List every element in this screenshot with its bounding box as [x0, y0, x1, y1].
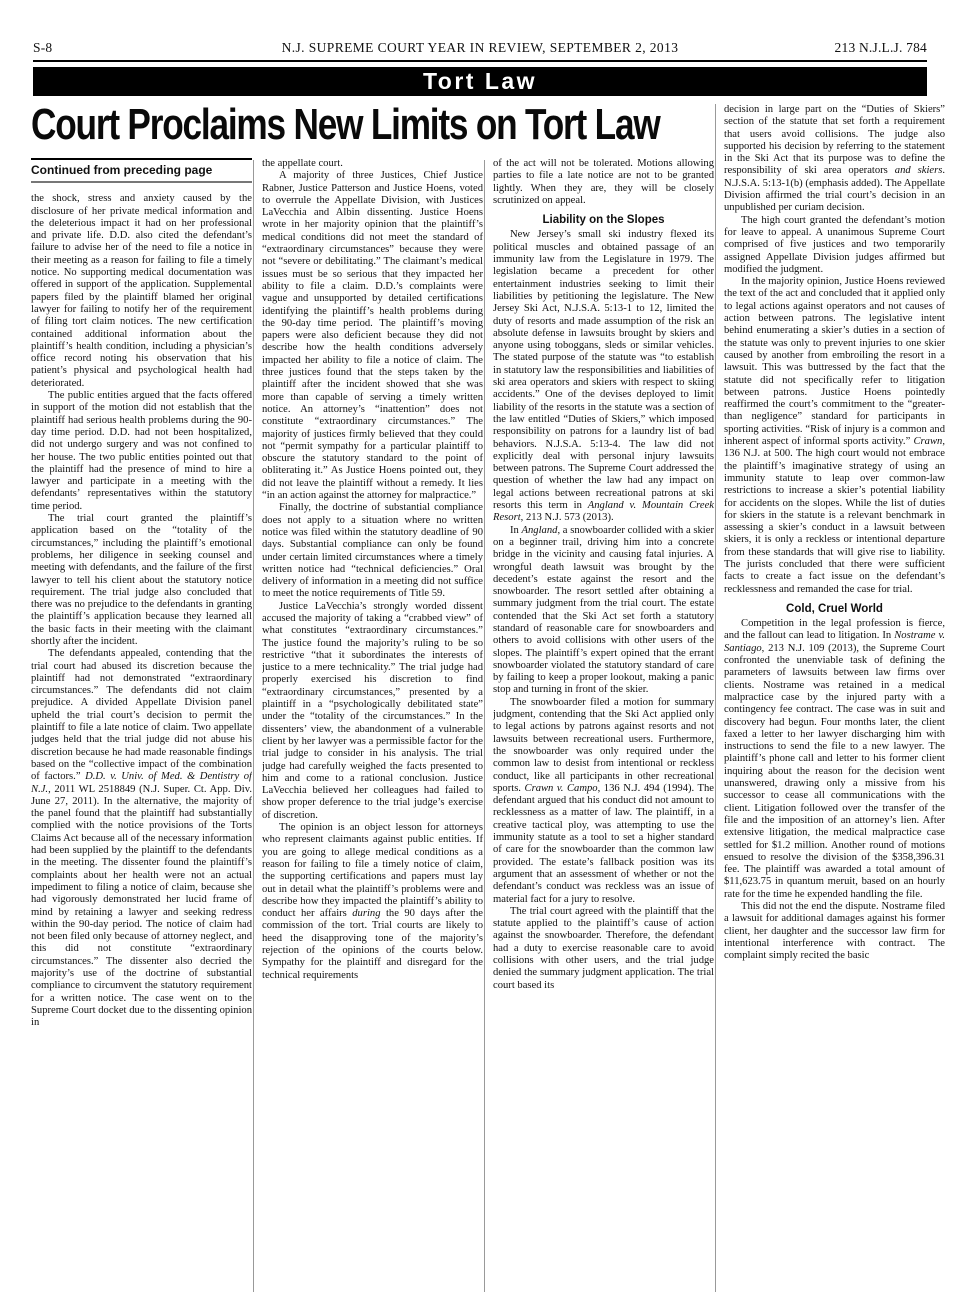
newspaper-page: S-8 N.J. SUPREME COURT YEAR IN REVIEW, S… — [0, 0, 960, 1309]
section-subhead: Liability on the Slopes — [493, 214, 714, 226]
section-subhead: Cold, Cruel World — [724, 603, 945, 615]
article-paragraph: The high court granted the defendant’s m… — [724, 215, 945, 276]
article-paragraph: The defendants appealed, contending that… — [31, 648, 252, 1029]
citation-number: 213 N.J.L.J. 784 — [835, 40, 927, 56]
article-paragraph: decision in large part on the “Duties of… — [724, 104, 945, 215]
article-headline: Court Proclaims New Limits on Tort Law — [31, 100, 703, 150]
article-paragraph: In Angland, a snowboarder collided with … — [493, 525, 714, 697]
article-column-1: Continued from preceding page the shock,… — [31, 158, 252, 1294]
article-paragraph: This did not the end the dispute. Nostra… — [724, 901, 945, 962]
article-paragraph: The opinion is an object lesson for atto… — [262, 822, 483, 982]
article-paragraph: The trial court agreed with the plaintif… — [493, 906, 714, 992]
masthead: S-8 N.J. SUPREME COURT YEAR IN REVIEW, S… — [33, 38, 927, 60]
article-paragraph: the shock, stress and anxiety caused by … — [31, 193, 252, 390]
article-paragraph: In the majority opinion, Justice Hoens r… — [724, 276, 945, 596]
edition-title: N.J. SUPREME COURT YEAR IN REVIEW, SEPTE… — [33, 40, 927, 56]
column-divider — [253, 160, 254, 1292]
article-paragraph: The snowboarder filed a motion for summa… — [493, 697, 714, 906]
article-paragraph: The trial court granted the plaintiff’s … — [31, 513, 252, 648]
article-paragraph: the appellate court. — [262, 158, 483, 170]
article-paragraph: New Jersey’s small ski industry flexed i… — [493, 229, 714, 524]
column-divider — [715, 104, 716, 1292]
article-paragraph: Finally, the doctrine of substantial com… — [262, 502, 483, 600]
article-column-4: decision in large part on the “Duties of… — [724, 104, 945, 1294]
masthead-rule — [33, 60, 927, 62]
article-paragraph: Justice LaVecchia’s strongly worded diss… — [262, 601, 483, 822]
continued-from-label: Continued from preceding page — [31, 164, 252, 183]
article-column-3: of the act will not be tolerated. Motion… — [493, 158, 714, 1294]
section-banner-label: Tort Law — [423, 68, 537, 95]
article-paragraph: The public entities argued that the fact… — [31, 390, 252, 513]
article-paragraph: Competition in the legal profession is f… — [724, 618, 945, 901]
article-paragraph: A majority of three Justices, Chief Just… — [262, 170, 483, 502]
column-divider — [484, 160, 485, 1292]
continued-from-marker: Continued from preceding page — [31, 158, 252, 183]
article-paragraph: of the act will not be tolerated. Motion… — [493, 158, 714, 207]
article-column-2: the appellate court.A majority of three … — [262, 158, 483, 1294]
section-banner: Tort Law — [33, 67, 927, 96]
